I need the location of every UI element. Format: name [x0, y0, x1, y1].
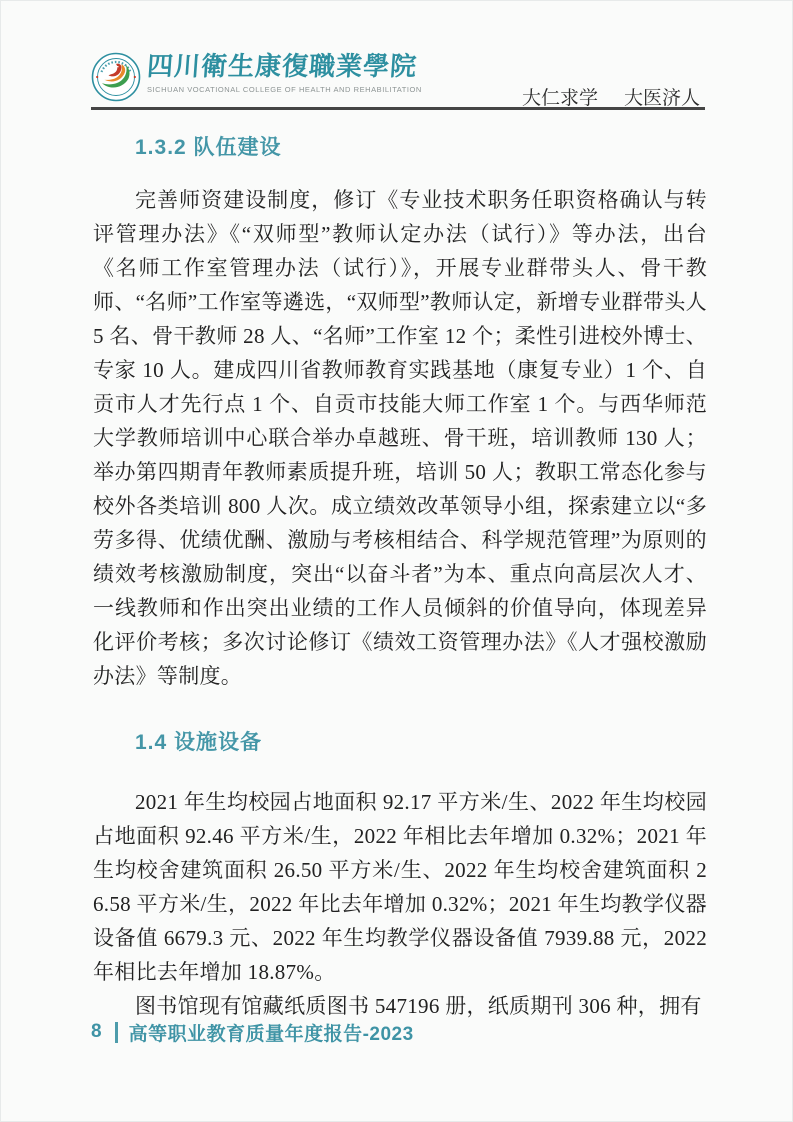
college-seal-icon [91, 52, 141, 102]
page-number: 8 [91, 1021, 102, 1043]
college-logo: 四川衛生康復職業學院 SICHUAN VOCATIONAL COLLEGE OF… [91, 52, 422, 102]
page-header: 四川衛生康復職業學院 SICHUAN VOCATIONAL COLLEGE OF… [1, 1, 792, 111]
report-page: 四川衛生康復職業學院 SICHUAN VOCATIONAL COLLEGE OF… [0, 0, 793, 1122]
footer-divider-bar [115, 1022, 118, 1043]
section-heading-1-3-2: 1.3.2 队伍建设 [135, 135, 707, 161]
college-motto: 大仁求学 大医济人 [522, 83, 700, 110]
report-title: 高等职业教育质量年度报告-2023 [129, 1019, 414, 1046]
motto-part-2: 大医济人 [624, 83, 700, 110]
document-body: 1.3.2 队伍建设 完善师资建设制度，修订《专业技术职务任职资格确认与转评管理… [93, 135, 707, 1023]
section-heading-1-4: 1.4 设施设备 [135, 730, 707, 756]
college-name-zh: 四川衛生康復職業學院 [146, 52, 423, 82]
college-name-en: SICHUAN VOCATIONAL COLLEGE OF HEALTH AND… [147, 85, 422, 94]
motto-part-1: 大仁求学 [522, 83, 598, 110]
college-name-block: 四川衛生康復職業學院 SICHUAN VOCATIONAL COLLEGE OF… [147, 52, 422, 94]
paragraph-faculty-building: 完善师资建设制度，修订《专业技术职务任职资格确认与转评管理办法》《“双师型”教师… [93, 183, 707, 693]
page-footer: 8 高等职业教育质量年度报告-2023 [91, 1019, 414, 1045]
paragraph-facilities-stats: 2021 年生均校园占地面积 92.17 平方米/生、2022 年生均校园占地面… [93, 785, 707, 989]
header-divider-rule [91, 107, 705, 110]
